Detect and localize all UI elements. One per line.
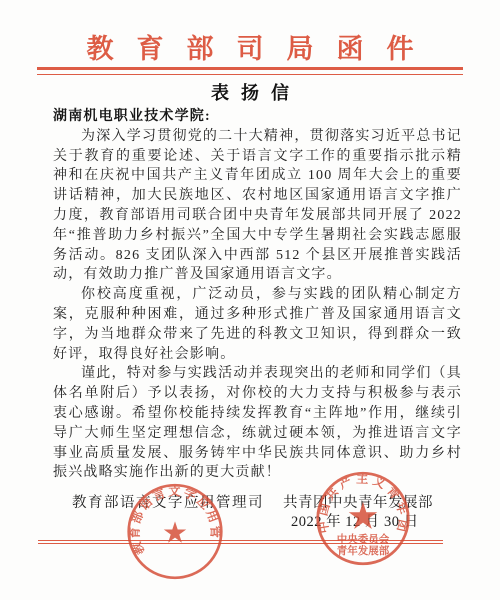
- seal-right-svg: 中国共产主义青年团 中央委员会 青年发展部: [304, 470, 422, 567]
- letter-body: 湖南机电职业技术学院: 为深入学习贯彻党的二十大精神，贯彻落实习近平总书记关于教…: [53, 107, 462, 483]
- body-paragraph-2: 你校高度重视，广泛动员，参与实践的团队精心制定方案，克服种种困难，通过多种形式推…: [53, 285, 462, 364]
- seal-right-line1: 中央委员会: [337, 533, 390, 546]
- body-paragraph-3: 谨此，特对参与实践活动并表现突出的老师和同学们（具体名单附后）予以表扬，对你校的…: [53, 364, 462, 483]
- letterhead-title: 教育部司局函件: [0, 27, 500, 66]
- seal-left-svg: 教育部语言文字应用管理司: [123, 481, 227, 582]
- seal-right-line2: 青年发展部: [337, 544, 390, 557]
- salutation: 湖南机电职业技术学院:: [53, 107, 462, 127]
- letter-page: 教育部司局函件 表扬信 湖南机电职业技术学院: 为深入学习贯彻党的二十大精神，贯…: [0, 0, 500, 600]
- letter-title: 表扬信: [0, 79, 500, 105]
- seal-right-icon: 中国共产主义青年团 中央委员会 青年发展部: [304, 470, 422, 567]
- seal-left-icon: 教育部语言文字应用管理司: [123, 481, 227, 582]
- star-icon: [349, 502, 377, 529]
- svg-text:教育部语言文字应用管理司: 教育部语言文字应用管理司: [123, 481, 226, 560]
- seal-left-ring-text: 教育部语言文字应用管理司: [123, 481, 226, 560]
- star-icon: [164, 521, 186, 542]
- letterhead-divider: [37, 67, 463, 75]
- body-paragraph-1: 为深入学习贯彻党的二十大精神，贯彻落实习近平总书记关于教育的重要论述、关于语言文…: [53, 127, 462, 285]
